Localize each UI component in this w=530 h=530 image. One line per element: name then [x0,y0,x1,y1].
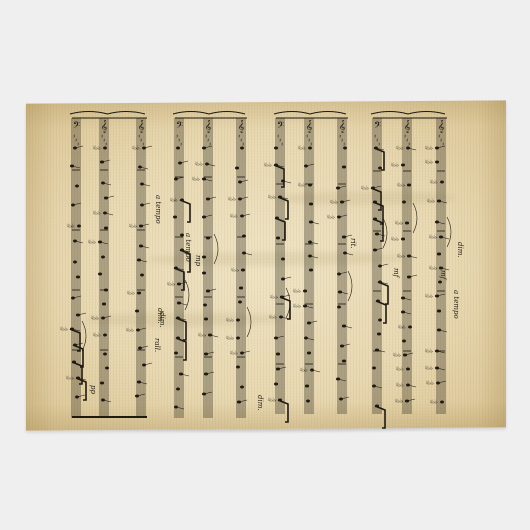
note-head [305,385,309,388]
note-head [402,201,406,204]
beam [371,188,381,210]
note-head [405,222,409,225]
slur [82,321,86,351]
chord-marking: ♮♭♭ [93,145,101,152]
clef-icon: 𝄢 [374,120,381,133]
slur [214,234,218,264]
chord-marking: ♮♭♭ [192,176,200,183]
dynamics-marking: a tempo [452,290,460,319]
chord-marking: ♮♭♭ [230,213,238,220]
note-head [402,340,406,343]
dynamics-marking: rit. [349,238,357,249]
chord-marking: ♮♭♭ [60,326,68,333]
note-head [306,400,310,403]
clef-icon: 𝄞 [306,120,313,133]
note-head [240,386,244,389]
note-head [135,310,139,313]
dynamics-marking: rall. [153,338,161,352]
beam [373,219,383,241]
chord-marking: ♮♭♭ [226,335,234,342]
chord-marking: ♮♭♭ [268,397,276,404]
chord-marking: ♮♭♭ [129,223,137,230]
chord-marking: ♮♭♭ [167,281,175,288]
clef-icon: 𝄞 [205,120,212,133]
note-head [176,147,180,150]
note-head [337,306,341,309]
clef-icon: 𝄢 [73,120,80,133]
note-head [104,289,108,292]
dynamics-marking: pp [89,385,97,394]
note-head [440,401,444,404]
note-head [342,166,346,169]
chord-marking: ♮♭♭ [430,399,438,406]
chord-marking: ♮♭♭ [429,265,437,272]
sharp-icon: ♯ [209,142,211,148]
note-head [406,368,410,371]
note-head [401,238,405,241]
chord-marking: ♮♭♭ [126,327,134,334]
note-head [103,147,107,150]
note-head [103,334,107,337]
sharp-icon: ♯ [180,142,182,148]
chord-marking: ♮♭♭ [293,288,301,295]
ornament-flourish [274,112,346,115]
note-head [378,167,382,170]
chord-marking: ♮♭♭ [127,290,135,297]
chord-marking: ♮♭♭ [397,182,405,189]
chord-marking: ♮♭♭ [170,197,178,204]
dynamics-marking: dim. [256,395,264,411]
beam [180,200,190,222]
note-head [105,367,109,370]
note-head [240,147,244,150]
note-head [140,274,144,277]
note-head [440,181,444,184]
note-head [309,203,313,206]
note-head [435,161,439,164]
note-head [377,333,381,336]
chord-marking: ♮♭♭ [395,398,403,405]
clef-icon: 𝄢 [277,120,284,133]
note-head [241,269,245,272]
chord-marking: ♮♭♭ [395,220,403,227]
chord-marking: ♮♭♭ [361,185,369,192]
note-head [104,227,108,230]
clef-icon: 𝄞 [404,120,411,133]
note-head [276,353,280,356]
note-head [176,388,180,391]
clef-icon: 𝄞 [138,120,145,133]
chord-marking: ♮♭♭ [93,210,101,217]
clef-icon: 𝄞 [339,120,346,133]
ornament-flourish [70,112,145,115]
chord-marking: ♮♭♭ [270,294,278,301]
beam [278,400,288,422]
dynamics-marking: dim. [158,312,166,328]
note-head [180,234,184,237]
note-head [98,273,102,276]
note-head [206,237,210,240]
chord-marking: ♮♭♭ [91,315,99,322]
chord-marking: ♮♭♭ [396,145,404,152]
note-head [437,253,441,256]
chord-marking: ♮♭♭ [269,314,277,321]
chord-marking: ♮♭♭ [427,198,435,205]
note-head [174,352,178,355]
chord-marking: ♮♭♭ [425,293,433,300]
note-head [372,367,376,370]
sharp-icon: ♯ [442,142,444,148]
note-head [202,272,206,275]
note-head [101,256,105,259]
chord-marking: ♮♭♭ [264,162,272,169]
note-head [274,383,278,386]
slur [185,280,189,310]
note-head [303,290,307,293]
note-head [204,318,208,321]
note-head [378,319,382,322]
note-head [236,319,240,322]
note-head [137,292,141,295]
slur [348,271,352,301]
note-head [281,258,285,261]
dynamics-marking: a tempo [184,233,192,262]
chord-marking: ♮♭♭ [198,332,206,339]
chord-marking: ♮♭♭ [298,182,306,189]
note-head [103,353,107,356]
sharp-icon: ♯ [378,142,380,148]
chord-marking: ♮♭♭ [195,161,203,168]
note-head [307,352,311,355]
chord-marking: ♮♭♭ [426,380,434,387]
note-head [235,167,239,170]
chord-marking: ♮♭♭ [93,332,101,339]
chord-marking: ♮♭♭ [66,375,74,382]
chord-marking: ♮♭♭ [230,350,238,357]
ornament-flourish [371,112,445,115]
sheet-music-print: 𝄢♯♯♯♮♭♭♮♭♭♮♭♭𝄞♯♯♯♮♭♭♮♭♭♮♭♭♮♭♭♮♭♭𝄞♯♯♯♮♭♭♮… [0,0,530,530]
note-head [274,147,278,150]
chord-marking: ♮♭♭ [430,179,438,186]
note-head [76,276,80,279]
note-head [342,360,346,363]
note-head [236,366,240,369]
note-head [401,164,405,167]
chord-marking: ♮♭♭ [396,366,404,373]
chord-marking: ♮♭♭ [425,365,433,372]
chord-marking: ♮♭♭ [268,194,276,201]
note-head [77,225,81,228]
dynamics-marking: a tempo [154,195,162,224]
chord-marking: ♮♭♭ [226,317,234,324]
chord-marking: ♮♭♭ [132,145,140,152]
chord-marking: ♮♭♭ [391,162,399,169]
dynamics-marking: dim. [456,242,464,258]
ornament-flourish [173,112,245,115]
clef-icon: 𝄞 [238,120,245,133]
chord-marking: ♮♭♭ [228,196,236,203]
chord-marking: ♮♭♭ [300,367,308,374]
note-head [309,269,313,272]
note-head [236,337,240,340]
note-head [203,304,207,307]
note-head [408,326,412,329]
chord-marking: ♮♭♭ [397,253,405,260]
chord-marking: ♮♭♭ [293,303,301,310]
chord-marking: ♮♭♭ [425,348,433,355]
chord-marking: ♮♭♭ [425,159,433,166]
clef-icon: 𝄢 [176,120,183,133]
clef-icon: 𝄞 [438,120,445,133]
note-head [100,382,104,385]
chord-marking: ♮♭♭ [327,214,335,221]
note-head [239,287,243,290]
slur [447,217,451,247]
beam [375,406,385,428]
chord-marking: ♮♭♭ [88,239,96,246]
chord-marking: ♮♭♭ [298,145,306,152]
chord-marking: ♮♭♭ [396,382,404,389]
dynamics-marking: mf [439,270,447,281]
note-head [173,216,177,219]
chord-marking: ♮♭♭ [330,199,338,206]
slur [413,203,417,233]
final-barline [72,416,147,418]
sharp-icon: ♯ [281,142,283,148]
note-head [438,281,442,284]
note-head [75,185,79,188]
chord-marking: ♮♭♭ [67,223,75,230]
clef-icon: 𝄞 [101,120,108,133]
note-head [308,184,312,187]
note-head [276,237,280,240]
beam [278,197,288,219]
chord-marking: ♮♭♭ [391,236,399,243]
note-head [238,301,242,304]
chord-marking: ♮♭♭ [398,324,406,331]
chord-marking: ♮♭♭ [231,267,239,274]
note-head [407,184,411,187]
note-head [437,310,441,313]
note-head [343,147,347,150]
note-head [308,147,312,150]
chord-marking: ♮♭♭ [425,145,433,152]
chord-marking: ♮♭♭ [429,234,437,241]
product-photo: 𝄢♯♯♯♮♭♭♮♭♭♮♭♭𝄞♯♯♯♮♭♭♮♭♭♮♭♭♮♭♭♮♭♭𝄞♯♯♯♮♭♭♮… [0,0,530,530]
slur [247,307,251,337]
dynamics-marking: mp [194,255,202,267]
note-head [242,235,246,238]
dynamics-marking: mf [392,268,400,279]
note-head [73,261,77,264]
note-head [102,303,106,306]
chord-marking: ♮♭♭ [393,352,401,359]
